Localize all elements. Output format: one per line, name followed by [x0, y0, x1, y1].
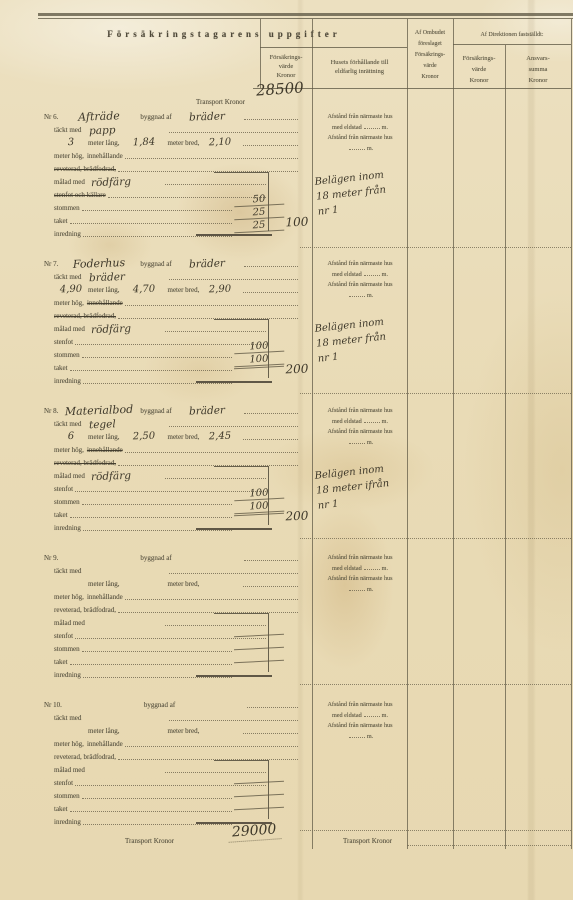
afstand-line-2: med eldstadm. [314, 416, 406, 427]
afstand-line-3: Afstånd från närmaste hus [314, 721, 406, 731]
dotted-leader [125, 158, 298, 159]
inredning-label: inredning [54, 671, 81, 679]
stommen-label: stommen [54, 351, 80, 359]
reveterad-label: reveterad, brädfodrad, [54, 606, 116, 614]
afstand-line-4: m. [314, 584, 406, 595]
malad-med-label: målad med [54, 619, 85, 627]
stenfot-label: stenfot och källare [54, 191, 106, 199]
note-line-1 [316, 606, 407, 616]
row-covering: täckt med [54, 710, 300, 722]
column-header-line: Kronor [407, 72, 453, 83]
afstand-line-2: med eldstadm. [314, 122, 406, 133]
tackt-med-label: täckt med [54, 420, 81, 428]
row-covering: täckt med bräder [54, 269, 300, 281]
dotted-blank [349, 143, 365, 150]
row-taket: taket [54, 507, 234, 519]
meter-unit-label: m. [382, 271, 388, 278]
dotted-leader [125, 452, 298, 453]
dotted-blank [364, 563, 380, 570]
dotted-leader [243, 586, 298, 587]
med-eldstad-label: med eldstad [332, 124, 362, 131]
dotted-leader [83, 530, 232, 531]
row-dimensions: 3 meter lång, 1,84 meter bred, 2,10 [54, 135, 300, 147]
column-header-line: Kronor [453, 75, 505, 86]
tackt-med-label: täckt med [54, 714, 81, 722]
dotted-blank [349, 731, 365, 738]
dotted-leader [169, 426, 298, 427]
section-number-label: Nr 9. [44, 554, 58, 562]
dotted-leader [169, 279, 298, 280]
sum-bracket [214, 613, 269, 672]
row-taket: taket [54, 360, 234, 372]
length-handwritten: 6 [56, 431, 86, 442]
innehallande-label: innehållande [87, 593, 123, 601]
row-height-contains: meter hög, innehållande [54, 589, 300, 601]
afstand-line-2: med eldstadm. [314, 710, 406, 721]
building-section: Nr 7. Foderhus byggnad af bräder täckt m… [38, 253, 571, 394]
section-total-handwritten: 200 [278, 509, 316, 523]
section-total-handwritten [278, 656, 316, 657]
column-header-line: värde [453, 64, 505, 75]
fire-distance-cell: Afstånd från närmaste hus med eldstadm. … [314, 106, 406, 247]
inredning-label: inredning [54, 230, 81, 238]
meter-bred-label: meter bred, [168, 139, 200, 147]
dotted-blank [349, 584, 365, 591]
dotted-blank [349, 437, 365, 444]
sum-bracket [214, 760, 269, 819]
innehallande-label: innehållande [87, 740, 123, 748]
row-covering: täckt med papp [54, 122, 300, 134]
afstand-line-1: Afstånd från närmaste hus [314, 700, 406, 710]
taket-label: taket [54, 658, 68, 666]
meter-hog-label: meter hög, [54, 446, 84, 454]
afstand-line-3: Afstånd från närmaste hus [314, 574, 406, 584]
row-building-header: Nr 10. byggnad af [44, 697, 300, 709]
sum-underline [196, 675, 272, 677]
dotted-blank [364, 269, 380, 276]
tackt-med-label: täckt med [54, 567, 81, 575]
dotted-leader [118, 171, 298, 172]
grid-line-under-direktionen [453, 44, 571, 45]
meter-unit-label: m. [367, 733, 373, 740]
column-header-line: Ansvars- [505, 53, 571, 64]
malad-med-label: målad med [54, 766, 85, 774]
row-stommen: stommen [54, 788, 234, 800]
row-height-contains: meter hög, innehållande [54, 148, 300, 160]
row-height-contains: meter hög, innehållande [54, 442, 300, 454]
dotted-leader [83, 383, 232, 384]
meter-hog-label: meter hög, [54, 152, 84, 160]
meter-hog-label: meter hög, [54, 299, 84, 307]
building-section: Nr 6. Afträde byggnad af bräder täckt me… [38, 106, 571, 247]
row-building-header: Nr 8. Materialbod byggnad af bräder [44, 403, 300, 415]
grid-line-right-edge [571, 19, 572, 849]
stenfot-label: stenfot [54, 338, 73, 346]
meter-bred-label: meter bred, [168, 727, 200, 735]
dotted-leader [82, 210, 232, 211]
dotted-leader [243, 292, 298, 293]
note-line-2 [316, 606, 407, 616]
afstand-line-2: med eldstadm. [314, 269, 406, 280]
byggnad-af-label: byggnad af [140, 407, 171, 415]
dotted-leader [169, 573, 298, 574]
note-line-3 [316, 753, 407, 763]
byggnad-af-label: byggnad af [140, 554, 171, 562]
dotted-leader [125, 599, 298, 600]
dotted-leader [82, 651, 232, 652]
afstand-line-1: Afstånd från närmaste hus [314, 406, 406, 416]
sum-underline [196, 528, 272, 530]
med-eldstad-label: med eldstad [332, 418, 362, 425]
afstand-line-1: Afstånd från närmaste hus [314, 259, 406, 269]
tackt-med-label: täckt med [54, 126, 81, 134]
meter-hog-label: meter hög, [54, 593, 84, 601]
dotted-leader [118, 759, 298, 760]
malad-med-label: målad med [54, 325, 85, 333]
form-title: Försäkringstagarens uppgifter [58, 29, 390, 39]
height-handwritten: 2,90 [201, 284, 239, 295]
meter-unit-label: m. [367, 439, 373, 446]
dotted-leader [125, 746, 298, 747]
innehallande-label: innehållande [87, 152, 123, 160]
taket-label: taket [54, 364, 68, 372]
dotted-leader [70, 811, 232, 812]
inredning-label: inredning [54, 524, 81, 532]
column-header-line: värde [260, 62, 312, 71]
note-line-3 [316, 606, 407, 616]
section-number-label: Nr 8. [44, 407, 58, 415]
inredning-label: inredning [54, 377, 81, 385]
dotted-leader [82, 357, 232, 358]
row-taket: taket [54, 654, 234, 666]
row-dimensions: meter lång, meter bred, [54, 723, 300, 735]
transport-bottom-label-2: Transport Kronor [343, 837, 392, 845]
malad-med-label: målad med [54, 472, 85, 480]
meter-lang-label: meter lång, [88, 580, 120, 588]
meter-bred-label: meter bred, [168, 286, 200, 294]
stenfot-label: stenfot [54, 779, 73, 787]
distance-note-handwritten [316, 606, 407, 616]
dotted-leader [125, 305, 298, 306]
tackt-med-label: täckt med [54, 273, 81, 281]
dotted-leader [82, 798, 232, 799]
top-rule-thick [38, 13, 573, 16]
transport-top-label: Transport Kronor [196, 98, 245, 106]
row-height-contains: meter hög, innehållande [54, 295, 300, 307]
row-building-header: Nr 6. Afträde byggnad af bräder [44, 109, 300, 121]
column-header-direktionen: Af Direktionen fastställdt: [453, 31, 571, 40]
scanned-insurance-form-page: Försäkringstagarens uppgifter Försäkring… [0, 0, 573, 900]
afstand-line-4: m. [314, 143, 406, 154]
byggnad-af-label: byggnad af [144, 701, 175, 709]
section-number-label: Nr 6. [44, 113, 58, 121]
row-inredning: inredning [54, 667, 234, 679]
meter-unit-label: m. [367, 145, 373, 152]
sum-underline [196, 822, 272, 824]
afstand-line-4: m. [314, 731, 406, 742]
innehallande-label: innehållande [87, 299, 123, 307]
dotted-leader [70, 223, 232, 224]
dotted-leader [247, 707, 298, 708]
inredning-value-handwritten: 25 [234, 219, 285, 234]
column-header-line: Försäkrings- [453, 53, 505, 64]
dotted-leader [82, 504, 232, 505]
meter-lang-label: meter lång, [88, 727, 120, 735]
dotted-leader [118, 612, 298, 613]
meter-unit-label: m. [367, 292, 373, 299]
section-number-label: Nr 7. [44, 260, 58, 268]
dotted-leader [244, 266, 298, 267]
dotted-leader [169, 132, 298, 133]
afstand-line-1: Afstånd från närmaste hus [314, 553, 406, 563]
row-covering: täckt med [54, 563, 300, 575]
row-building-header: Nr 9. byggnad af [44, 550, 300, 562]
transport-bottom-label: Transport Kronor [125, 837, 174, 845]
section-total-handwritten: 100 [278, 215, 316, 229]
dotted-blank [364, 710, 380, 717]
fire-distance-cell: Afstånd från närmaste hus med eldstadm. … [314, 547, 406, 688]
dotted-leader [243, 439, 298, 440]
dotted-blank [364, 122, 380, 129]
length-handwritten: 3 [56, 137, 86, 148]
distance-note-handwritten: Belägen inom 18 meter från nr 1 [314, 312, 410, 366]
building-section: Nr 9. byggnad af täckt med meter lång, m… [38, 547, 571, 688]
column-header-line: Husets förhållande till [312, 58, 407, 67]
dotted-leader [118, 318, 298, 319]
malad-med-label: målad med [54, 178, 85, 186]
column-header-line: summa [505, 64, 571, 75]
row-covering: täckt med tegel [54, 416, 300, 428]
meter-unit-label: m. [382, 565, 388, 572]
column-header-line: Försäkrings- [260, 53, 312, 62]
note-line-2 [316, 753, 407, 763]
column-header-line: eldfarlig inrättning [312, 67, 407, 76]
column-header-ansvarssumma: Ansvars- summa Kronor [505, 53, 571, 86]
taket-label: taket [54, 217, 68, 225]
inredning-label: inredning [54, 818, 81, 826]
distance-note-handwritten [316, 753, 407, 763]
column-header-forsakringsvarde: Försäkrings- värde Kronor [260, 53, 312, 80]
transport-top-value-handwritten: 28500 [255, 78, 304, 99]
note-line-1 [316, 753, 407, 763]
dotted-leader [70, 370, 232, 371]
reveterad-label: reveterad, brädfodrad, [54, 165, 116, 173]
innehallande-label: innehållande [87, 446, 123, 454]
column-header-dir-varde: Försäkrings- värde Kronor [453, 53, 505, 86]
dotted-leader [243, 145, 298, 146]
row-stommen: stommen [54, 641, 234, 653]
grid-line-under-title [260, 47, 407, 48]
meter-bred-label: meter bred, [168, 580, 200, 588]
row-taket: taket [54, 213, 234, 225]
dotted-leader [83, 824, 232, 825]
stenfot-label: stenfot [54, 632, 73, 640]
distance-note-handwritten: Belägen inom 18 meter ifrån nr 1 [314, 459, 410, 513]
row-building-header: Nr 7. Foderhus byggnad af bräder [44, 256, 300, 268]
byggnad-af-label: byggnad af [140, 260, 171, 268]
row-dimensions: meter lång, meter bred, [54, 576, 300, 588]
column-header-line: värde [407, 61, 453, 72]
length-handwritten: 4,90 [56, 284, 86, 295]
meter-lang-label: meter lång, [88, 286, 120, 294]
afstand-line-4: m. [314, 437, 406, 448]
afstand-line-3: Afstånd från närmaste hus [314, 280, 406, 290]
meter-unit-label: m. [382, 712, 388, 719]
row-inredning: inredning [54, 373, 234, 385]
dotted-leader [244, 560, 298, 561]
afstand-line-1: Afstånd från närmaste hus [314, 112, 406, 122]
row-dimensions: 4,90 meter lång, 4,70 meter bred, 2,90 [54, 282, 300, 294]
meter-unit-label: m. [382, 124, 388, 131]
section-separator [300, 247, 571, 248]
dotted-leader [83, 677, 232, 678]
reveterad-label: reveterad, brädfodrad, [54, 312, 116, 320]
section-number-label: Nr 10. [44, 701, 62, 709]
reveterad-label: reveterad, brädfodrad, [54, 753, 116, 761]
stommen-label: stommen [54, 498, 80, 506]
stommen-label: stommen [54, 204, 80, 212]
row-inredning: inredning [54, 520, 234, 532]
med-eldstad-label: med eldstad [332, 565, 362, 572]
row-dimensions: 6 meter lång, 2,50 meter bred, 2,45 [54, 429, 300, 441]
dotted-blank [364, 416, 380, 423]
fire-distance-cell: Afstånd från närmaste hus med eldstadm. … [314, 400, 406, 541]
column-header-line: Försäkrings- [407, 50, 453, 61]
column-header-husets-forhallande: Husets förhållande till eldfarlig inrätt… [312, 58, 407, 76]
row-inredning: inredning [54, 226, 234, 238]
row-taket: taket [54, 801, 234, 813]
column-header-line: föreslaget [407, 39, 453, 50]
stommen-label: stommen [54, 645, 80, 653]
afstand-line-4: m. [314, 290, 406, 301]
distance-note-handwritten: Belägen inom 18 meter från nr 1 [314, 165, 410, 219]
dotted-leader [70, 517, 232, 518]
height-handwritten: 2,45 [201, 431, 239, 442]
building-section: Nr 10. byggnad af täckt med meter lång, … [38, 694, 571, 835]
section-separator [407, 845, 571, 846]
column-header-line: Af Ombudet [407, 28, 453, 39]
top-rule-thin [38, 18, 573, 19]
meter-hog-label: meter hög, [54, 740, 84, 748]
dotted-leader [244, 413, 298, 414]
stenfot-label: stenfot [54, 485, 73, 493]
sum-underline [196, 381, 272, 383]
meter-bred-label: meter bred, [168, 433, 200, 441]
dotted-leader [83, 236, 232, 237]
section-total-handwritten: 200 [278, 362, 316, 376]
taket-label: taket [54, 805, 68, 813]
row-height-contains: meter hög, innehållande [54, 736, 300, 748]
meter-unit-label: m. [382, 418, 388, 425]
column-header-ombudet: Af Ombudet föreslaget Försäkrings- värde… [407, 28, 453, 83]
reveterad-label: reveterad, brädfodrad, [54, 459, 116, 467]
section-total-handwritten [278, 803, 316, 804]
dotted-leader [244, 119, 298, 120]
med-eldstad-label: med eldstad [332, 712, 362, 719]
dotted-leader [70, 664, 232, 665]
dotted-leader [169, 720, 298, 721]
afstand-line-3: Afstånd från närmaste hus [314, 133, 406, 143]
row-stommen: stommen [54, 200, 234, 212]
taket-label: taket [54, 511, 68, 519]
afstand-line-2: med eldstadm. [314, 563, 406, 574]
meter-unit-label: m. [367, 586, 373, 593]
dotted-leader [118, 465, 298, 466]
building-section: Nr 8. Materialbod byggnad af bräder täck… [38, 400, 571, 541]
afstand-line-3: Afstånd från närmaste hus [314, 427, 406, 437]
stommen-label: stommen [54, 792, 80, 800]
row-stommen: stommen [54, 347, 234, 359]
byggnad-af-label: byggnad af [140, 113, 171, 121]
fire-distance-cell: Afstånd från närmaste hus med eldstadm. … [314, 694, 406, 835]
row-inredning: inredning [54, 814, 234, 826]
fire-distance-cell: Afstånd från närmaste hus med eldstadm. … [314, 253, 406, 394]
meter-lang-label: meter lång, [88, 433, 120, 441]
dotted-leader [243, 733, 298, 734]
row-stommen: stommen [54, 494, 234, 506]
column-header-line: Kronor [505, 75, 571, 86]
height-handwritten: 2,10 [201, 137, 239, 148]
dotted-blank [349, 290, 365, 297]
meter-lang-label: meter lång, [88, 139, 120, 147]
med-eldstad-label: med eldstad [332, 271, 362, 278]
sum-underline [196, 234, 272, 236]
